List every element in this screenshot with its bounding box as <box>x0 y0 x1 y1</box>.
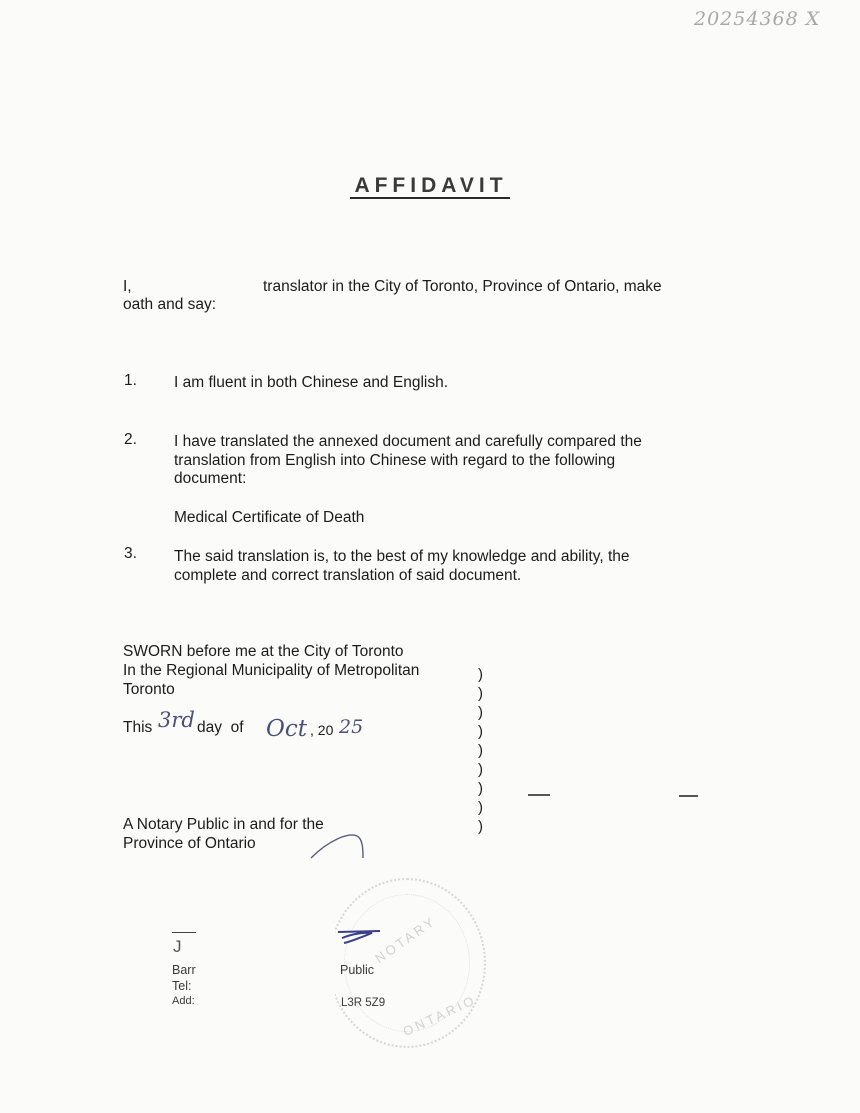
signature-line-left <box>528 794 550 796</box>
opening-line1: translator in the City of Toronto, Provi… <box>263 278 662 296</box>
clause-2-line1: I have translated the annexed document a… <box>174 433 642 451</box>
clause-2-number: 2. <box>124 431 137 449</box>
stamp-signature-mark <box>336 928 382 946</box>
opening-prefix: I, <box>123 278 132 296</box>
handwritten-day: 3rd <box>158 708 195 732</box>
stamp-notary-public: Public <box>340 963 374 977</box>
date-prefix: This <box>123 719 152 737</box>
paren: ) <box>478 665 488 684</box>
paren: ) <box>478 741 488 760</box>
paren: ) <box>478 722 488 741</box>
document-name: Medical Certificate of Death <box>174 509 364 527</box>
clause-2-line3: document: <box>174 470 246 488</box>
handwritten-reference-number: 20254368 X <box>694 8 820 30</box>
stamp-address: Add: <box>172 995 195 1007</box>
clause-3-line2: complete and correct translation of said… <box>174 567 521 585</box>
signature-line-right <box>679 795 698 797</box>
paren: ) <box>478 760 488 779</box>
stamp-barrister: Barr <box>172 963 196 977</box>
handwritten-month: Oct <box>266 716 307 742</box>
paren: ) <box>478 817 488 836</box>
paren: ) <box>478 703 488 722</box>
handwritten-year: 25 <box>339 716 363 738</box>
stamp-postal-code: L3R 5Z9 <box>341 997 385 1009</box>
stamp-initial: J <box>173 937 182 957</box>
redacted-area <box>195 895 335 1015</box>
clause-2-line2: translation from English into Chinese wi… <box>174 452 615 470</box>
parentheses-column: ) ) ) ) ) ) ) ) ) <box>478 665 488 836</box>
paren: ) <box>478 779 488 798</box>
paren: ) <box>478 798 488 817</box>
day-of-label: day of <box>197 719 244 737</box>
year-printed: , 20 <box>310 721 333 739</box>
clause-3-number: 3. <box>124 545 137 563</box>
notary-signature-stroke <box>305 830 375 865</box>
jurat-line1: SWORN before me at the City of Toronto <box>123 643 404 661</box>
clause-1-text: I am fluent in both Chinese and English. <box>174 374 448 392</box>
clause-3-line1: The said translation is, to the best of … <box>174 548 630 566</box>
jurat-line3: Toronto <box>123 681 175 699</box>
jurat-line2: In the Regional Municipality of Metropol… <box>123 662 419 680</box>
notary-line1: A Notary Public in and for the <box>123 816 324 834</box>
stamp-rule-left <box>172 932 196 933</box>
stamp-tel: Tel: <box>172 979 191 993</box>
clause-1-number: 1. <box>124 372 137 390</box>
paren: ) <box>478 684 488 703</box>
opening-line2: oath and say: <box>123 296 216 314</box>
document-title: AFFIDAVIT <box>0 174 860 198</box>
title-text: AFFIDAVIT <box>350 174 509 199</box>
notary-line2: Province of Ontario <box>123 835 256 853</box>
